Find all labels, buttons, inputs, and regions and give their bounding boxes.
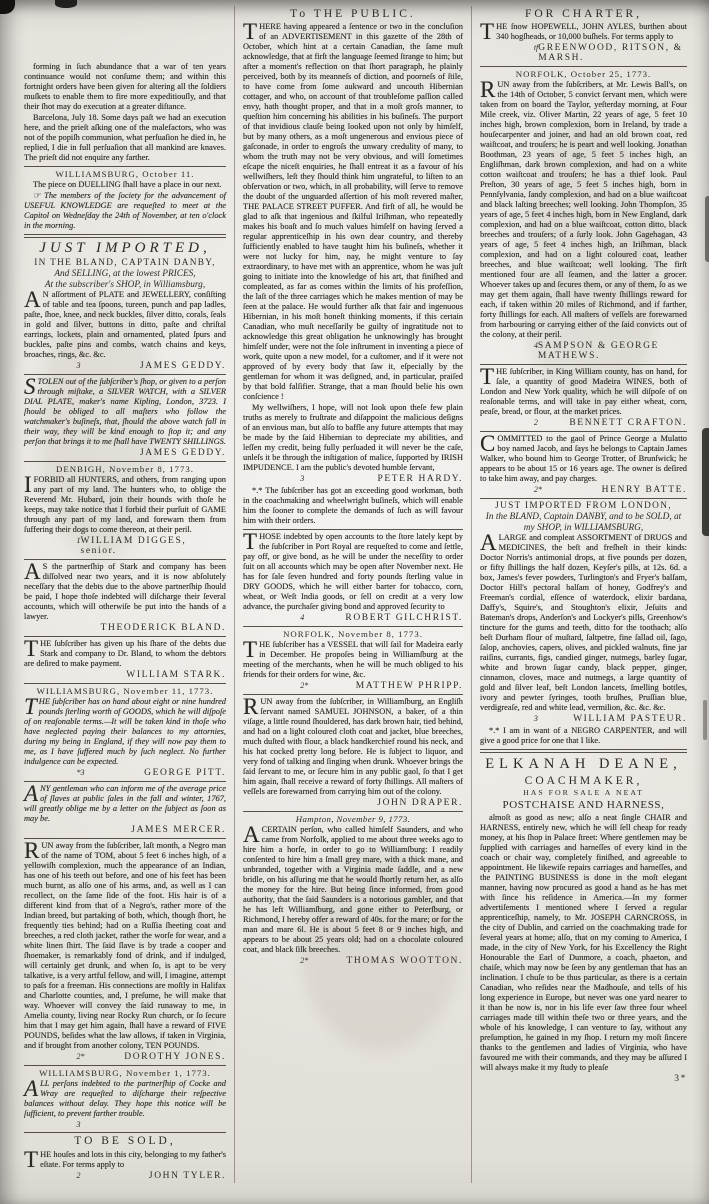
ad-signature: 4ROBERT GILCHRIST. xyxy=(243,613,463,623)
divider xyxy=(24,234,226,238)
ad-headline: And SELLING, at the lowest PRICES, xyxy=(24,269,226,280)
ad-signature: 3 xyxy=(24,1120,226,1129)
divider xyxy=(24,374,226,375)
ad-headline: POSTCHAISE AND HARNESS, xyxy=(480,799,687,812)
ad-signature-name: JAMES MERCER. xyxy=(131,825,226,835)
ad-paragraph: THE ſubſcriber has given up his ſhare of… xyxy=(24,639,226,669)
ad-signature-mark: 3 xyxy=(534,714,538,723)
ad-signature: 4SAMPSON & GEORGE MATHEWS. xyxy=(480,341,687,361)
ad-signature-name: 3* xyxy=(674,1074,687,1084)
ad: TO BE SOLD,THE houſes and lots in this c… xyxy=(24,1132,226,1180)
divider xyxy=(24,1132,226,1133)
ad: ELKANAH DEANE,COACHMAKER,HAS FOR SALE A … xyxy=(480,749,687,1083)
ad-signature-mark: 4 xyxy=(300,613,304,622)
ad-dateline: WILLIAMSBURG, November 11, 1773. xyxy=(24,686,226,696)
ad-headline: JUST IMPORTED, xyxy=(24,240,226,257)
ad-signature-name: SAMPSON & GEORGE MATHEWS. xyxy=(538,341,687,361)
ad-signature: *3GEORGE PITT. xyxy=(24,768,226,778)
ad: COMMITTED to the gaol of Prince George a… xyxy=(480,431,687,495)
ad-dateline: NORFOLK, October 25, 1773. xyxy=(480,69,687,79)
ad-headline: IN THE BLAND, CAPTAIN DANBY, xyxy=(24,258,226,269)
ad-signature-name: WILLIAM DIGGES, senior. xyxy=(81,536,226,556)
ad-signature-name: DOROTHY JONES. xyxy=(124,1052,226,1062)
ad-paragraph: THE houſes and lots in this city, belong… xyxy=(24,1150,226,1170)
ad-paragraph: THERE having appeared a ſentence or two … xyxy=(243,22,463,402)
ad: THOSE indebted by open accounts to the ſ… xyxy=(243,529,463,623)
ad: forming in ſuch abundance that a war of … xyxy=(24,62,226,163)
ad-paragraph: RUN away from the ſubſcriber, in William… xyxy=(243,697,463,797)
ad-paragraph: ☞ The members of the ſociety for the adv… xyxy=(24,191,226,231)
ad-signature: 2*THOMAS WOOTTON. xyxy=(243,956,463,966)
ad-signature-mark: 2* xyxy=(300,956,308,965)
divider xyxy=(24,461,226,462)
column-left: forming in ſuch abundance that a war of … xyxy=(22,6,234,1183)
ad-paragraph: I FORBID all HUNTERS, and others, from r… xyxy=(24,475,226,535)
ad-signature-mark: 2* xyxy=(77,1052,85,1061)
ad: FOR CHARTER,THE ſnow HOPEWELL, JOHN AYLE… xyxy=(480,8,687,63)
ad-signature-name: JAMES GEDDY. xyxy=(140,448,226,458)
divider xyxy=(243,811,463,812)
ad-paragraph: THE ſubſcriber has on hand about eight o… xyxy=(24,697,226,767)
ad-headline: FOR CHARTER, xyxy=(480,8,687,21)
ad-headline: In the BLAND, Captain DANBY, and to be S… xyxy=(480,512,687,523)
ad-paragraph: AN aſſortment of PLATE and JEWELLERY, co… xyxy=(24,290,226,360)
ad-signature-name: HENRY BATTE. xyxy=(602,485,687,495)
ad-paragraph: A LARGE and compleat ASSORTMENT of DRUGS… xyxy=(480,533,687,713)
ad-headline: TO BE SOLD, xyxy=(24,1135,226,1148)
ad-signature: JAMES MERCER. xyxy=(24,825,226,835)
ad-headline: To THE PUBLIC. xyxy=(243,8,463,21)
ad-signature-mark: *3 xyxy=(77,768,85,777)
ad-dateline: NORFOLK, November 8, 1773. xyxy=(243,629,463,639)
column-right: FOR CHARTER,THE ſnow HOPEWELL, JOHN AYLE… xyxy=(471,6,695,1183)
divider xyxy=(480,498,687,499)
ad-paragraph: THE ſnow HOPEWELL, JOHN AYLES, burthen a… xyxy=(480,22,687,42)
ad-signature-name: JAMES GEDDY. xyxy=(140,361,226,371)
ad-paragraph: COMMITTED to the gaol of Prince George a… xyxy=(480,434,687,484)
ad-paragraph: *.* I am in want of a NEGRO CARPENTER, a… xyxy=(480,726,687,746)
divider xyxy=(243,529,463,530)
divider xyxy=(24,683,226,684)
ad-signature: 2*DOROTHY JONES. xyxy=(24,1052,226,1062)
divider xyxy=(480,66,687,67)
ad-signature: 2*MATTHEW PHRIPP. xyxy=(243,681,463,691)
ad: ANY gentleman who can inform me of the a… xyxy=(24,781,226,835)
ad-paragraph: A CERTAIN perſon, who called himſelf Sau… xyxy=(243,825,463,955)
ad-signature-name: THOMAS WOOTTON. xyxy=(346,956,463,966)
ad-dateline: WILLIAMSBURG, November 1, 1773. xyxy=(24,1068,226,1078)
ad: AS the partnerſhip of Stark and company … xyxy=(24,559,226,633)
ad: JUST IMPORTED,IN THE BLAND, CAPTAIN DANB… xyxy=(24,234,226,371)
ad-paragraph: almoſt as good as new; alſo a neat ſingl… xyxy=(480,813,687,1073)
ad-paragraph: THE ſubſcriber has a VESSEL that will ſa… xyxy=(243,640,463,680)
divider xyxy=(480,749,687,753)
divider xyxy=(480,431,687,432)
ad-dateline: Hampton, November 9, 1773. xyxy=(243,814,463,824)
divider xyxy=(480,364,687,365)
ad: To THE PUBLIC.THERE having appeared a ſe… xyxy=(243,8,463,526)
divider xyxy=(24,1065,226,1066)
divider xyxy=(24,838,226,839)
ad-dateline: DENBIGH, November 8, 1773. xyxy=(24,464,226,474)
ad: RUN away from the ſubſcriber, in William… xyxy=(243,694,463,808)
divider xyxy=(24,781,226,782)
ad-signature: 3PETER HARDY. xyxy=(243,474,463,484)
ad-signature-name: BENNETT CRAFTON. xyxy=(569,418,687,428)
ad-signature-name: WILLIAM PASTEUR. xyxy=(573,714,687,724)
ad-signature-mark: 3 xyxy=(300,474,304,483)
page-columns: forming in ſuch abundance that a war of … xyxy=(0,0,709,1183)
ad: JUST IMPORTED FROM LONDON,In the BLAND, … xyxy=(480,498,687,746)
ad-signature-mark: 3 xyxy=(77,1120,81,1129)
ad-signature-name: GREENWOOD, RITSON, & MARSH. xyxy=(538,43,687,63)
ad-headline: JUST IMPORTED FROM LONDON, xyxy=(480,501,687,512)
ad-paragraph: ANY gentleman who can inform me of the a… xyxy=(24,784,226,824)
ad-paragraph: The piece on DUELLING ſhall have a place… xyxy=(24,180,226,190)
ad-signature: 2*HENRY BATTE. xyxy=(480,485,687,495)
ad-paragraph: My wellwiſhers, I hope, will not look up… xyxy=(243,403,463,473)
ad-signature-name: JOHN DRAPER. xyxy=(377,798,463,808)
divider xyxy=(24,559,226,560)
ad-paragraph: AS the partnerſhip of Stark and company … xyxy=(24,562,226,622)
ad-signature: JAMES GEDDY. xyxy=(24,448,226,458)
ad: NORFOLK, November 8, 1773.THE ſubſcriber… xyxy=(243,626,463,691)
ad-signature: 1WILLIAM DIGGES, senior. xyxy=(24,536,226,556)
ad-paragraph: forming in ſuch abundance that a war of … xyxy=(24,62,226,112)
divider xyxy=(243,694,463,695)
ad-signature-mark: 3 xyxy=(77,361,81,370)
ad-signature: tfGREENWOOD, RITSON, & MARSH. xyxy=(480,43,687,63)
ad-signature-mark: 2 xyxy=(534,418,538,427)
ad-paragraph: THOSE indebted by open accounts to the ſ… xyxy=(243,532,463,612)
ad-headline: ELKANAH DEANE, xyxy=(480,756,687,773)
ad: WILLIAMSBURG, November 1, 1773.ALL perſo… xyxy=(24,1065,226,1129)
ad-signature-name: JOHN TYLER. xyxy=(149,1171,226,1181)
ad: THE ſubſcriber has given up his ſhare of… xyxy=(24,636,226,680)
ad-signature-name: PETER HARDY. xyxy=(377,474,463,484)
ad-signature-name: WILLIAM STARK. xyxy=(126,670,226,680)
ad: NORFOLK, October 25, 1773.RUN away from … xyxy=(480,66,687,361)
ad: DENBIGH, November 8, 1773.I FORBID all H… xyxy=(24,461,226,556)
ad-paragraph: ALL perſons indebted to the partnerſhip … xyxy=(24,1079,226,1119)
column-middle: To THE PUBLIC.THERE having appeared a ſe… xyxy=(234,6,471,1183)
ad-signature: 3* xyxy=(480,1074,687,1084)
ad-paragraph: RUN away from the ſubſcriber, laſt month… xyxy=(24,841,226,1051)
ad-signature-name: GEORGE PITT. xyxy=(144,768,226,778)
ad-signature: 3WILLIAM PASTEUR. xyxy=(480,714,687,724)
ad-signature-name: ROBERT GILCHRIST. xyxy=(345,613,463,623)
ad-signature-name: MATTHEW PHRIPP. xyxy=(356,681,463,691)
ad-signature: 2JOHN TYLER. xyxy=(24,1171,226,1181)
ad: WILLIAMSBURG, November 11, 1773.THE ſubſ… xyxy=(24,683,226,778)
ad: Hampton, November 9, 1773.A CERTAIN perſ… xyxy=(243,811,463,966)
ad-paragraph: Barcelona, July 18. Some days paſt we ha… xyxy=(24,113,226,163)
ad: WILLIAMSBURG, October 11.The piece on DU… xyxy=(24,166,226,231)
ad-headline: my SHOP, in WILLIAMSBURG, xyxy=(480,523,687,534)
ad: STOLEN out of the ſubſcriber's ſhop, or … xyxy=(24,374,226,458)
newspaper-page: forming in ſuch abundance that a war of … xyxy=(0,0,709,1204)
divider xyxy=(243,626,463,627)
ad-signature: WILLIAM STARK. xyxy=(24,670,226,680)
ad-signature-name: THEODERICK BLAND. xyxy=(101,623,226,633)
ad: THE ſubſcriber, in King William county, … xyxy=(480,364,687,428)
ad-dateline: WILLIAMSBURG, October 11. xyxy=(24,169,226,179)
divider xyxy=(24,636,226,637)
divider xyxy=(24,166,226,167)
ad-paragraph: *.* The ſubſcriber has got an exceeding … xyxy=(243,486,463,526)
ad-paragraph: THE ſubſcriber, in King William county, … xyxy=(480,367,687,417)
ad-signature: 3JAMES GEDDY. xyxy=(24,361,226,371)
ad: RUN away from the ſubſcriber, laſt month… xyxy=(24,838,226,1062)
ad-signature: JOHN DRAPER. xyxy=(243,798,463,808)
ad-paragraph: RUN away from the ſubſcribers, at Mr. Le… xyxy=(480,80,687,340)
ad-signature-mark: 2* xyxy=(534,485,542,494)
ad-signature: 2BENNETT CRAFTON. xyxy=(480,418,687,428)
ad-signature: THEODERICK BLAND. xyxy=(24,623,226,633)
ad-headline: HAS FOR SALE A NEAT xyxy=(480,789,687,798)
ad-signature-mark: 2* xyxy=(300,681,308,690)
ad-signature-mark: 2 xyxy=(77,1171,81,1180)
ad-paragraph: STOLEN out of the ſubſcriber's ſhop, or … xyxy=(24,377,226,447)
ad-headline: COACHMAKER, xyxy=(480,775,687,788)
ad-headline: At the subscriber's SHOP, in Williamsbur… xyxy=(24,280,226,291)
